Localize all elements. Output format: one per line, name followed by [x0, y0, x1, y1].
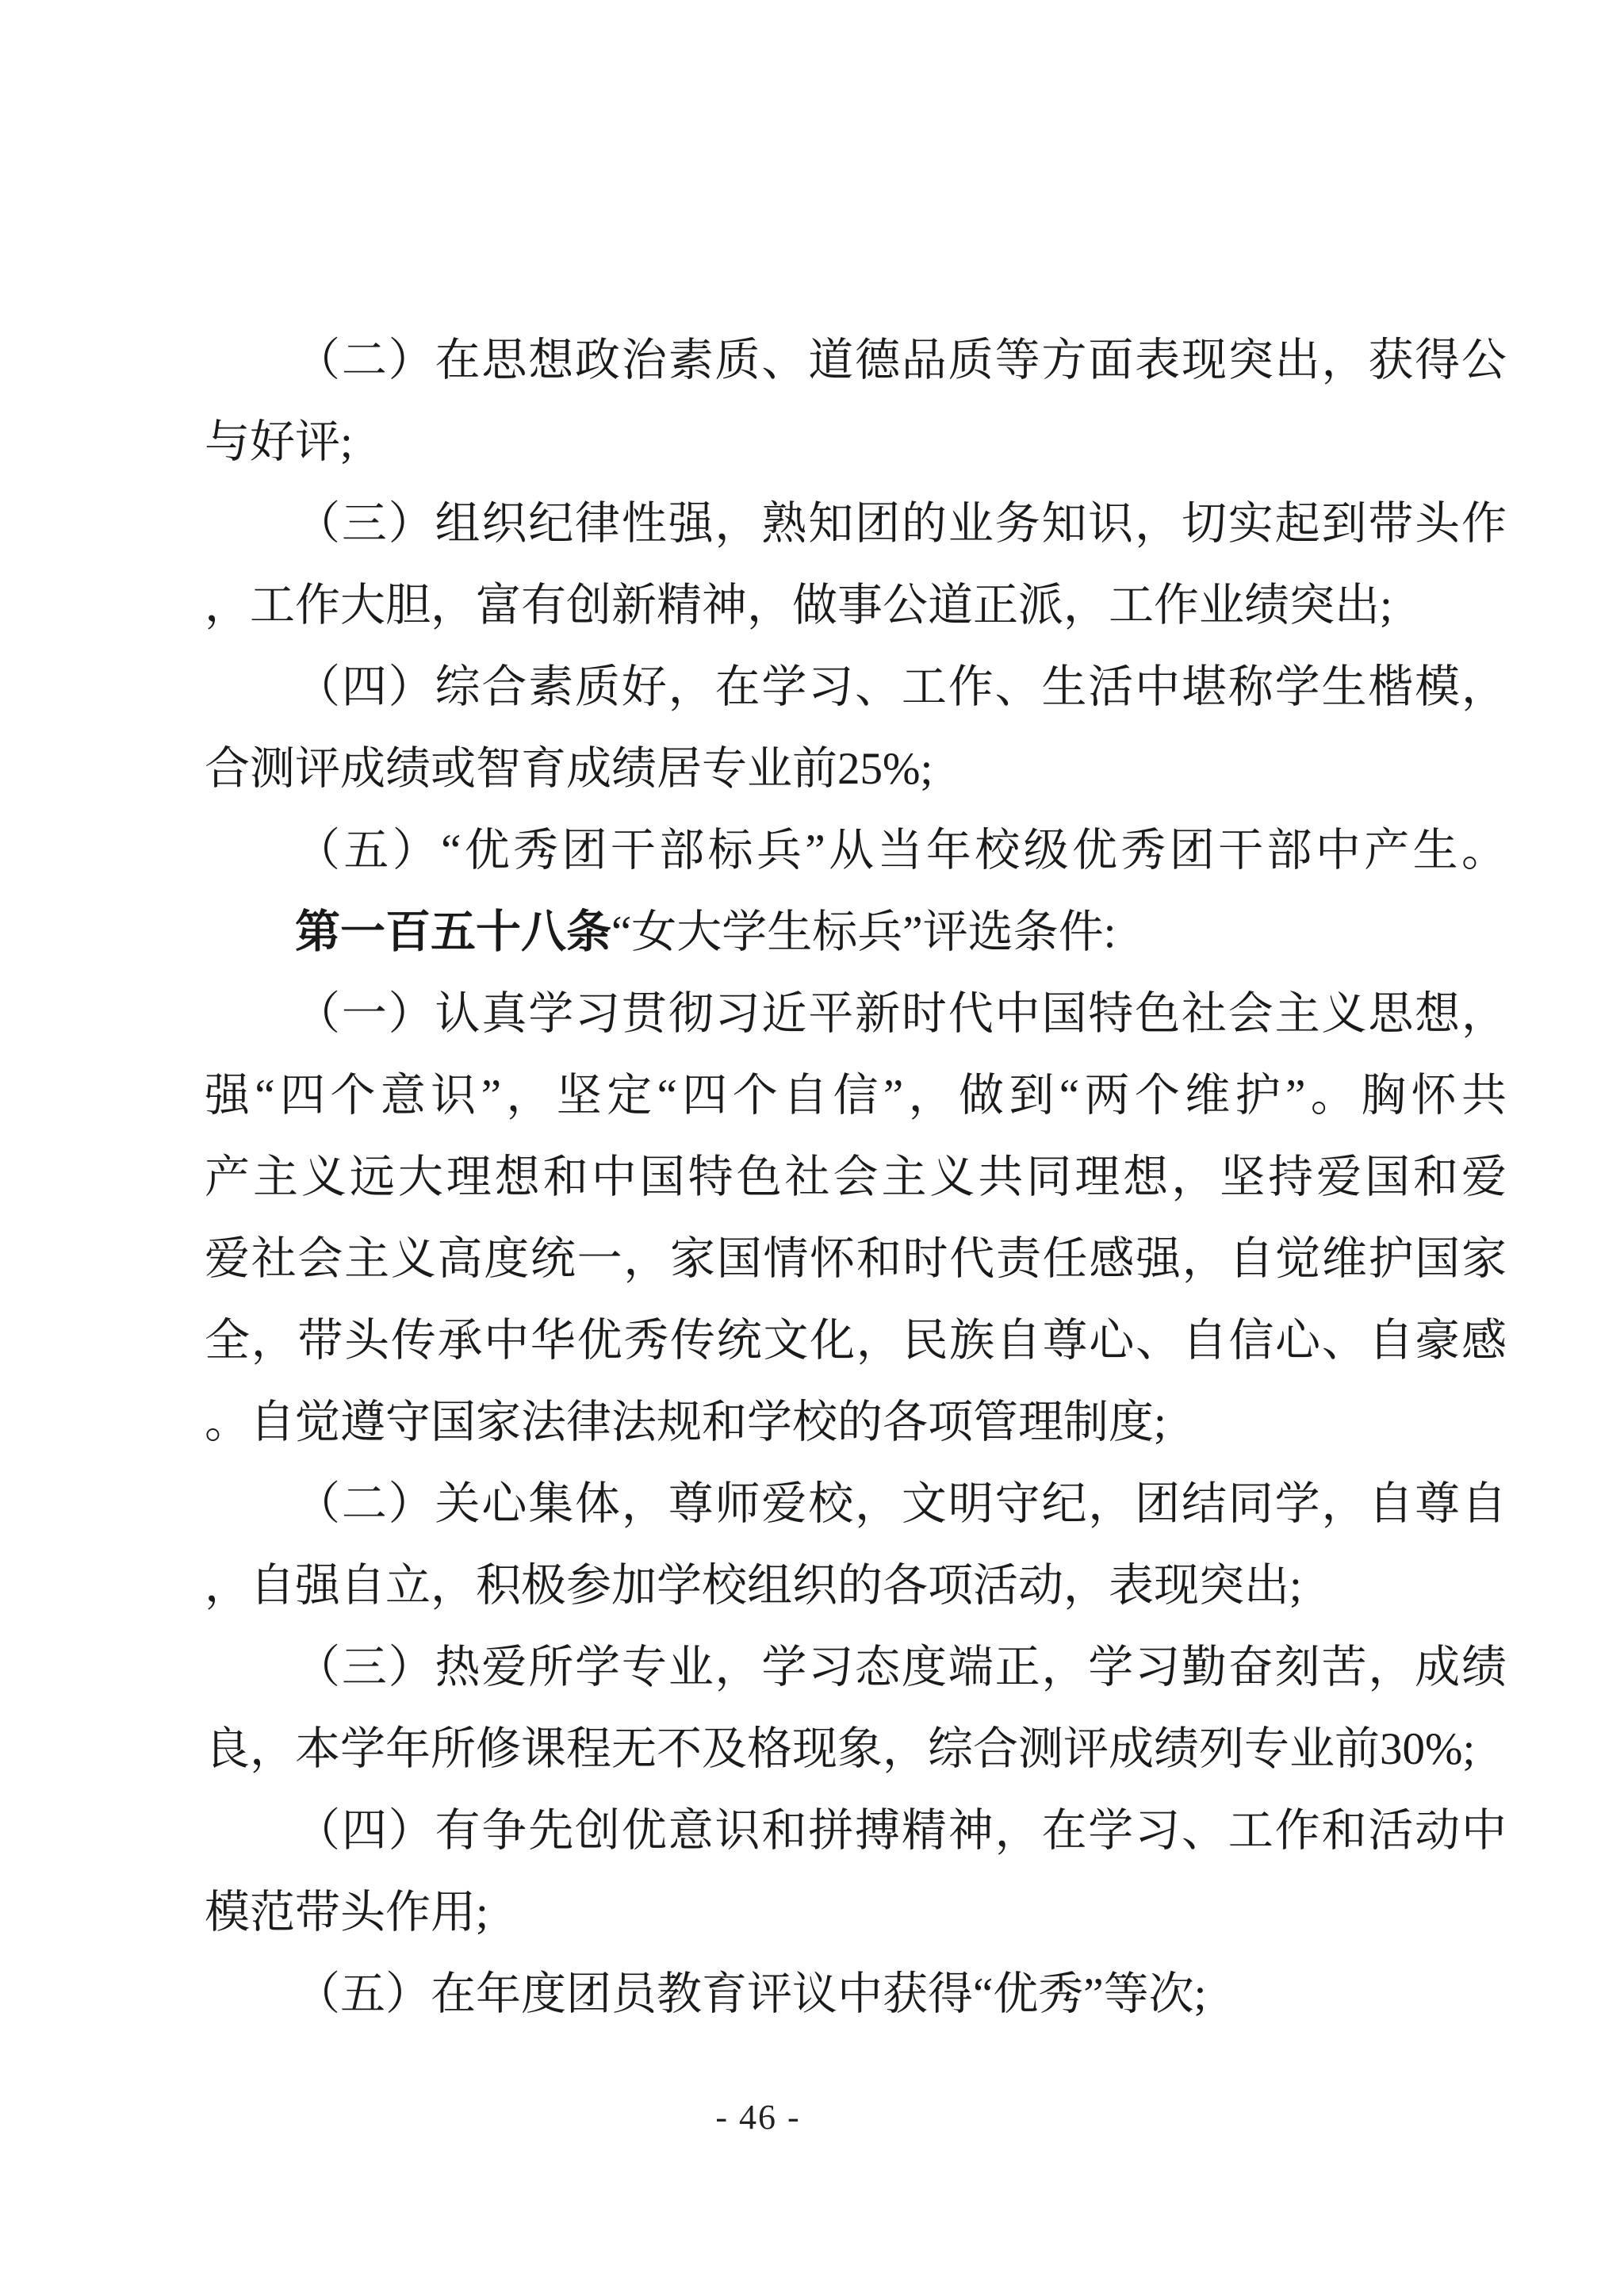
text-line: 与好评;	[205, 401, 1507, 483]
line-text: （四）综合素质好，在学习、工作、生活中堪称学生楷模，综	[205, 662, 1507, 728]
line-text: （四）有争先创优意识和拼搏精神，在学习、工作和活动中起	[205, 1806, 1507, 1872]
line-text: （一）认真学习贯彻习近平新时代中国特色社会主义思想，增	[205, 989, 1507, 1055]
line-text: 爱社会主义高度统一，家国情怀和时代责任感强，自觉维护国家安	[205, 1234, 1507, 1300]
text-line: （五）在年度团员教育评议中获得“优秀”等次;	[205, 1953, 1507, 2035]
line-text: （五）“优秀团干部标兵”从当年校级优秀团干部中产生。	[295, 826, 1507, 876]
text-line: 。自觉遵守国家法律法规和学校的各项管理制度;	[205, 1382, 1507, 1463]
text-line: 强“四个意识”，坚定“四个自信”，做到“两个维护”。胸怀共	[205, 1055, 1507, 1137]
line-text: 全，带头传承中华优秀传统文化，民族自尊心、自信心、自豪感强	[205, 1316, 1507, 1382]
line-text: （三）组织纪律性强，熟知团的业务知识，切实起到带头作用	[205, 499, 1507, 565]
line-text: 强“四个意识”，坚定“四个自信”，做到“两个维护”。胸怀共	[205, 1071, 1507, 1121]
text-line: （二）在思想政治素质、道德品质等方面表现突出，获得公认	[205, 320, 1507, 401]
text-block: （二）在思想政治素质、道德品质等方面表现突出，获得公认与好评;（三）组织纪律性强…	[205, 320, 1507, 2035]
line-text: ，自强自立，积极参加学校组织的各项活动，表现突出;	[205, 1561, 1302, 1611]
text-line: 爱社会主义高度统一，家国情怀和时代责任感强，自觉维护国家安	[205, 1218, 1507, 1300]
line-text: 模范带头作用;	[205, 1888, 488, 1938]
line-text: “女大学生标兵”评选条件:	[611, 907, 1116, 957]
line-text: 良，本学年所修课程无不及格现象，综合测评成绩列专业前30%;	[205, 1724, 1475, 1774]
text-line: 良，本学年所修课程无不及格现象，综合测评成绩列专业前30%;	[205, 1708, 1507, 1790]
article-number-bold: 第一百五十八条	[295, 907, 611, 957]
text-line: （四）综合素质好，在学习、工作、生活中堪称学生楷模，综	[205, 646, 1507, 728]
document-page: （二）在思想政治素质、道德品质等方面表现突出，获得公认与好评;（三）组织纪律性强…	[0, 0, 1624, 2296]
line-text: 与好评;	[205, 417, 353, 467]
text-line: （四）有争先创优意识和拼搏精神，在学习、工作和活动中起	[205, 1790, 1507, 1872]
text-line: 全，带头传承中华优秀传统文化，民族自尊心、自信心、自豪感强	[205, 1300, 1507, 1382]
text-line: （五）“优秀团干部标兵”从当年校级优秀团干部中产生。	[205, 810, 1507, 891]
line-text: ，工作大胆，富有创新精神，做事公道正派，工作业绩突出;	[205, 581, 1392, 631]
text-line: 第一百五十八条“女大学生标兵”评选条件:	[205, 891, 1507, 973]
text-line: 模范带头作用;	[205, 1872, 1507, 1953]
line-text: 。自觉遵守国家法律法规和学校的各项管理制度;	[205, 1397, 1166, 1447]
line-text: 合测评成绩或智育成绩居专业前25%;	[205, 744, 933, 794]
line-text: （三）热爱所学专业，学习态度端正，学习勤奋刻苦，成绩优	[205, 1642, 1507, 1708]
text-line: （二）关心集体，尊师爱校，文明守纪，团结同学，自尊自爱	[205, 1463, 1507, 1545]
text-line: 产主义远大理想和中国特色社会主义共同理想，坚持爱国和爱党、	[205, 1137, 1507, 1218]
text-line: （三）组织纪律性强，熟知团的业务知识，切实起到带头作用	[205, 483, 1507, 565]
text-line: （三）热爱所学专业，学习态度端正，学习勤奋刻苦，成绩优	[205, 1627, 1507, 1708]
page-number: - 46 -	[0, 2095, 1516, 2140]
line-text: （五）在年度团员教育评议中获得“优秀”等次;	[295, 1969, 1206, 2019]
text-line: ，自强自立，积极参加学校组织的各项活动，表现突出;	[205, 1545, 1507, 1627]
text-line: 合测评成绩或智育成绩居专业前25%;	[205, 728, 1507, 810]
line-text: 产主义远大理想和中国特色社会主义共同理想，坚持爱国和爱党、	[205, 1152, 1507, 1218]
line-text: （二）关心集体，尊师爱校，文明守纪，团结同学，自尊自爱	[205, 1479, 1507, 1545]
line-text: （二）在思想政治素质、道德品质等方面表现突出，获得公认	[205, 335, 1507, 401]
text-line: ，工作大胆，富有创新精神，做事公道正派，工作业绩突出;	[205, 565, 1507, 646]
text-line: （一）认真学习贯彻习近平新时代中国特色社会主义思想，增	[205, 973, 1507, 1055]
